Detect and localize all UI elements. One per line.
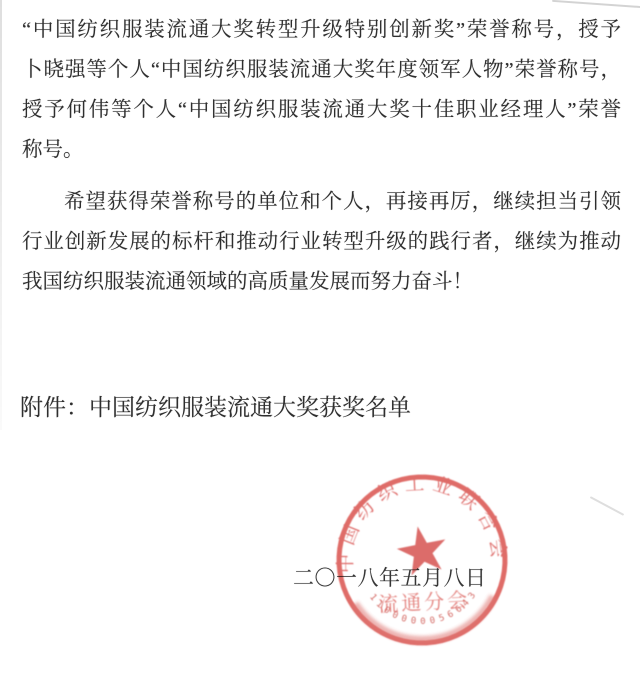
scan-scratch-right bbox=[590, 496, 624, 516]
attachment-line: 附件：中国纺织服装流通大奖获奖名单 bbox=[20, 394, 411, 422]
paragraph-awards: “中国纺织服装流通大奖转型升级特别创新奖”荣誉称号，授予 卜晓强等个人“中国纺织… bbox=[22, 10, 621, 170]
text-line: 授予何伟等个人“中国纺织服装流通大奖十佳职业经理人”荣誉 bbox=[22, 90, 621, 130]
scan-edge-artifact bbox=[0, 0, 2, 430]
text-line: 希望获得荣誉称号的单位和个人，再接再厉，继续担当引领 bbox=[22, 182, 621, 222]
text-line: 卜晓强等个人“中国纺织服装流通大奖年度领军人物”荣誉称号， bbox=[22, 50, 621, 90]
official-seal-stamp: 中国纺织工业联合会 流通分会 1100000056643 bbox=[327, 465, 517, 655]
text-line: “中国纺织服装流通大奖转型升级特别创新奖”荣誉称号，授予 bbox=[22, 10, 621, 50]
star-icon bbox=[393, 522, 450, 578]
scan-scratch-top-right bbox=[552, 0, 640, 8]
paragraph-hope: 希望获得荣誉称号的单位和个人，再接再厉，继续担当引领 行业创新发展的标杆和推动行… bbox=[22, 182, 621, 302]
text-line: 行业创新发展的标杆和推动行业转型升级的践行者，继续为推动 bbox=[22, 222, 621, 262]
text-line: 我国纺织服装流通领域的高质量发展而努力奋斗！ bbox=[22, 262, 621, 302]
document-page: “中国纺织服装流通大奖转型升级特别创新奖”荣誉称号，授予 卜晓强等个人“中国纺织… bbox=[0, 0, 640, 674]
text-line: 称号。 bbox=[22, 130, 621, 170]
body-text: “中国纺织服装流通大奖转型升级特别创新奖”荣誉称号，授予 卜晓强等个人“中国纺织… bbox=[22, 10, 621, 302]
